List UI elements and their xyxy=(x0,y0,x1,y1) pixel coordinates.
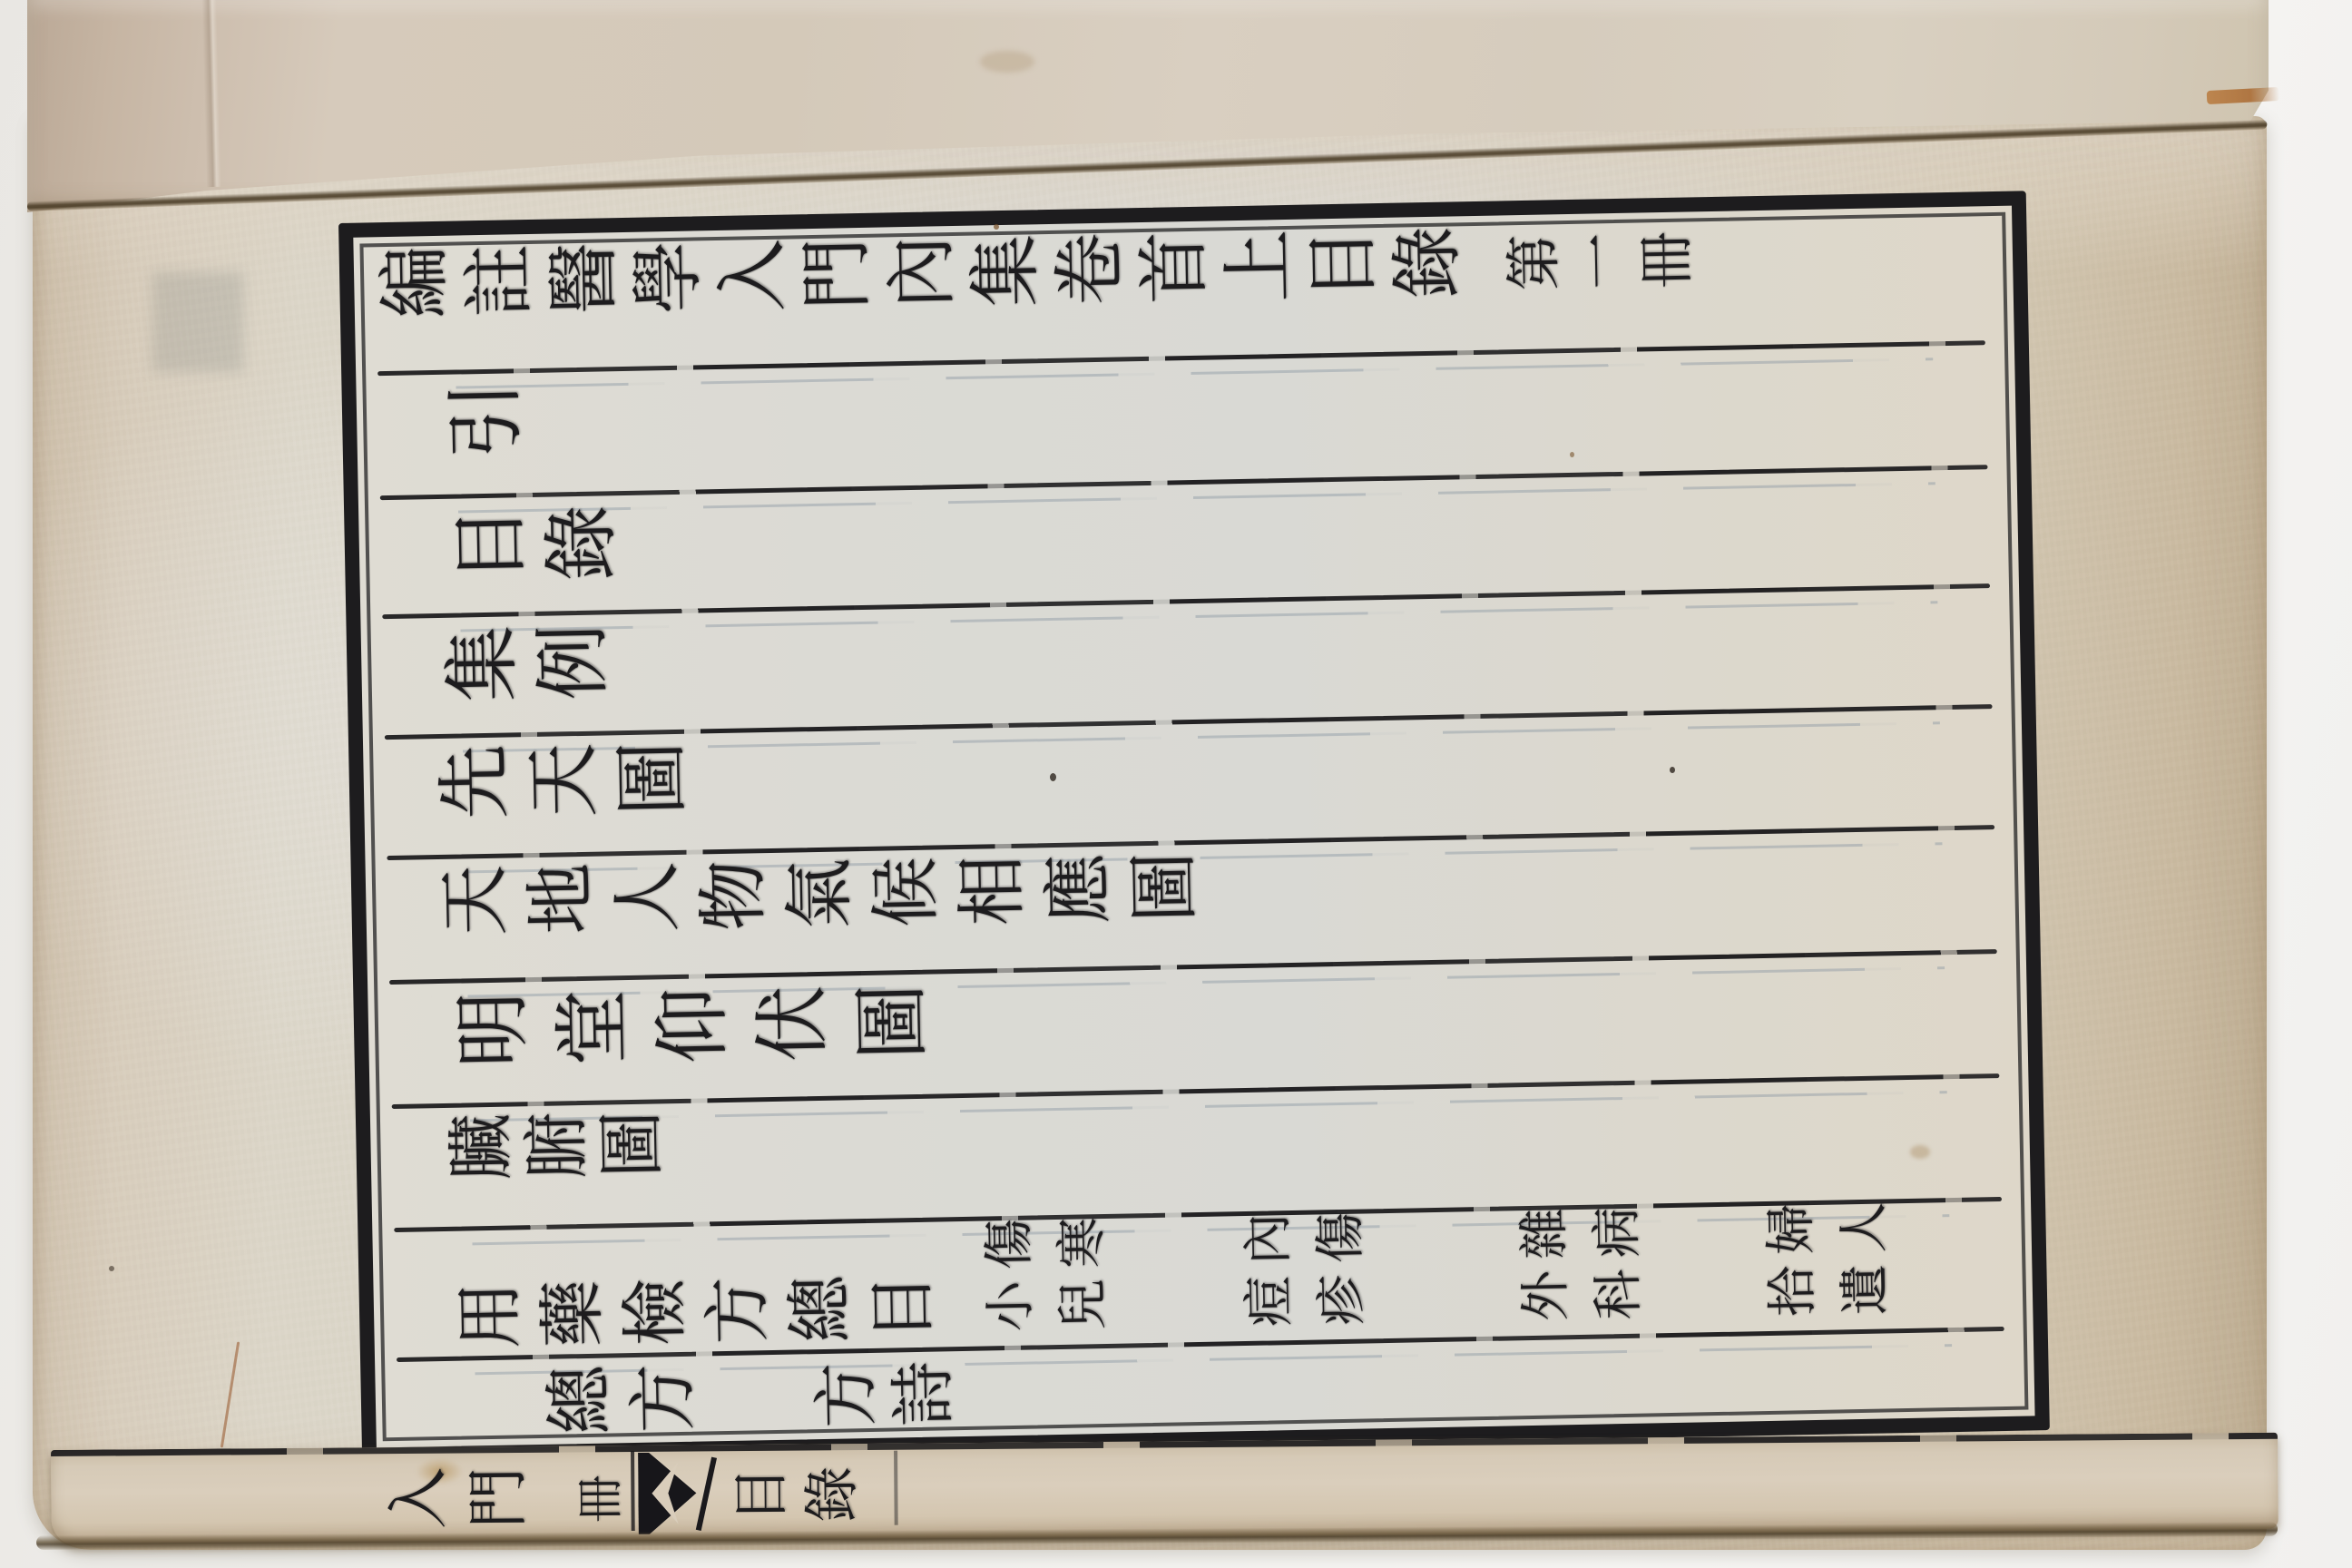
paper-stain xyxy=(980,51,1034,73)
category-pair: 傷寒小兒 xyxy=(981,1216,1129,1343)
folio-section-chars: 目錄 xyxy=(730,1458,880,1521)
printed-text-frame: 編註醫學入門內集卷首上目錄第一冊 引 目錄 集例 先天圖 天地人物氣候相應圖 明… xyxy=(338,191,2050,1462)
ink-ghost-mark xyxy=(152,272,243,372)
entry-label: 明堂仰伏圖 xyxy=(451,982,952,1081)
folio-divider-line xyxy=(631,1451,635,1531)
category-label: 拾遺 xyxy=(1764,1262,1910,1327)
category-label: 小兒 xyxy=(982,1278,1128,1342)
folio-divider-line xyxy=(894,1451,898,1525)
volume-label: 第一冊 xyxy=(1503,230,1702,300)
category-pair: 內傷痘疹 xyxy=(1240,1210,1387,1338)
entry-label: 引 xyxy=(443,381,523,474)
category-label: 痘疹 xyxy=(1240,1272,1387,1337)
entry-label: 總方 xyxy=(542,1362,710,1446)
entry-label: 天地人物氣候相應圖 xyxy=(436,852,1214,948)
book-title: 編註醫學入門內集卷首上目錄 xyxy=(376,226,1475,331)
ink-speck xyxy=(1670,767,1675,773)
book-photo: 編註醫學入門內集卷首上目錄第一冊 引 目錄 集例 先天圖 天地人物氣候相應圖 明… xyxy=(0,0,2352,1568)
entry-label: 臟腑圖 xyxy=(445,1110,672,1192)
entry-label: 集例 xyxy=(441,622,624,715)
ink-speck xyxy=(1050,773,1056,781)
entry-label: 先天圖 xyxy=(434,740,702,832)
fishtail-icon xyxy=(638,1452,728,1534)
ink-speck xyxy=(109,1266,114,1271)
category-label: 外科 xyxy=(1517,1268,1663,1332)
category-pair: 雜病外科 xyxy=(1516,1205,1664,1332)
entry-label: 方詩 xyxy=(810,1360,966,1439)
entry-label: 目錄 xyxy=(449,504,632,596)
category-pair: 婦人拾遺 xyxy=(1763,1200,1911,1328)
entry-label: 用藥檢方總目 xyxy=(453,1273,950,1360)
text-block-border: 編註醫學入門內集卷首上目錄第一冊 引 目錄 集例 先天圖 天地人物氣候相應圖 明… xyxy=(338,191,2050,1462)
folio-small-char: 冊 xyxy=(574,1469,634,1523)
category-label: 婦人 xyxy=(1763,1200,1909,1265)
ink-speck xyxy=(1570,452,1574,457)
category-label: 傷寒 xyxy=(981,1216,1127,1280)
category-label: 內傷 xyxy=(1240,1210,1386,1275)
folio-title-chars: 入門 xyxy=(385,1459,545,1529)
ink-speck xyxy=(994,224,999,230)
category-label: 雜病 xyxy=(1516,1205,1662,1269)
paper-stain xyxy=(1910,1145,1930,1159)
